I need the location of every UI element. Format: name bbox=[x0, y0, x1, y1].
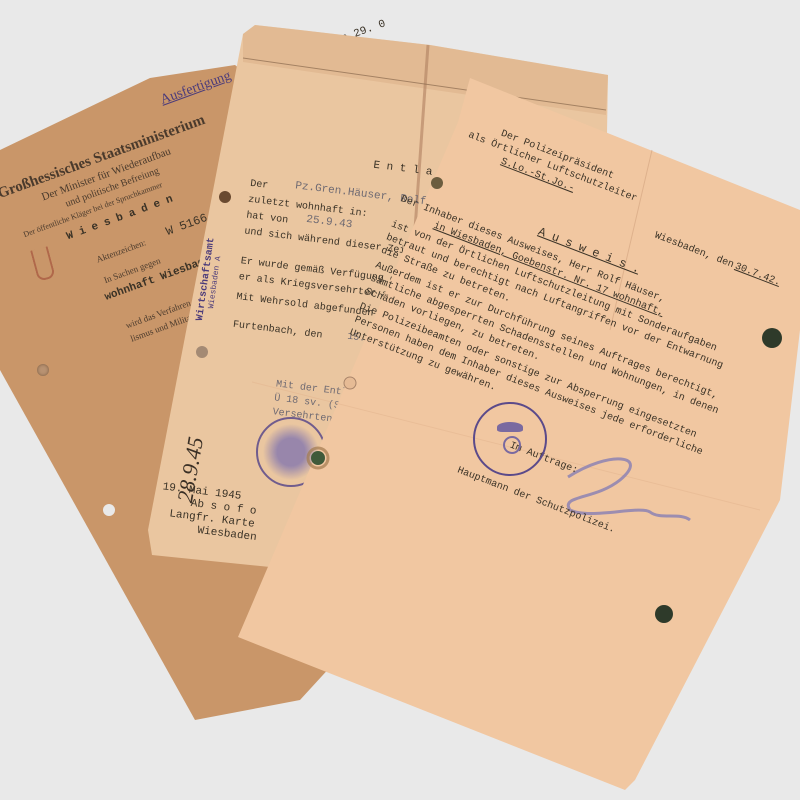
police-seal-stamp bbox=[473, 402, 547, 476]
eagle-icon bbox=[497, 422, 523, 432]
emblem-icon bbox=[503, 436, 521, 454]
front-date-line: Wiesbaden, den bbox=[653, 231, 735, 271]
front-signatory: Hauptmann der Schutzpolizei. bbox=[455, 466, 616, 536]
